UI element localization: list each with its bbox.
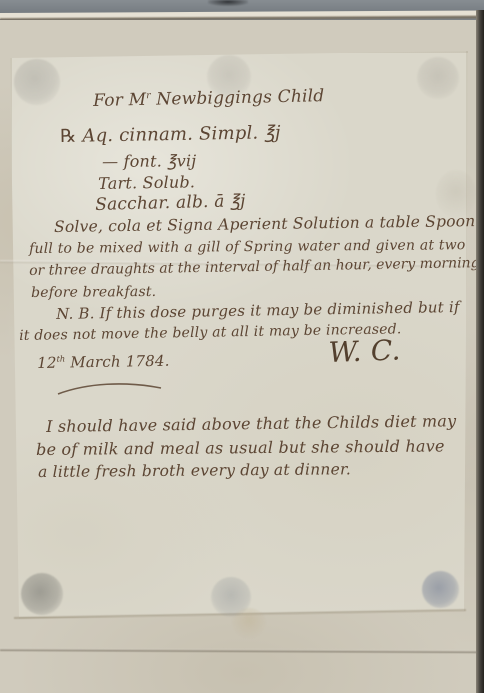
seal-ghost-right [436,170,476,218]
directions-line-4: before breakfast. [31,285,156,301]
book-gutter-edge [476,10,484,693]
postscript-line-3: a little fresh broth every day at dinner… [38,461,351,481]
date-line: 12th March 1784. [37,353,170,372]
seal-ghost-bottom-center [232,608,266,638]
seal-blot-top-left [14,59,60,105]
ink-smudge [208,0,248,6]
seal-blot-top-right [417,57,459,99]
seal-blot-bottom-right [422,571,459,608]
rx-line-sacchar-alb: Sacchar. alb. ā ℥j [95,192,246,215]
date-flourish [55,380,165,398]
rx-line-aq-cinnam: ℞ Aq. cinnam. Simpl. ℥j [60,123,281,147]
seal-blot-bottom-left [21,573,63,615]
date-day: 12 [37,354,57,372]
date-rest: March 1784. [65,352,170,372]
title-text: For M [93,90,146,111]
rx-line-aq-font: — font. ℥vij [102,152,196,170]
date-superscript: th [56,354,65,364]
signature-initials: W. C. [328,335,401,368]
rx-line-tart-solub: Tart. Solub. [98,173,195,192]
title-text-rest: Newbiggings Child [150,86,324,110]
postscript-line-2: be of milk and meal as usual but she sho… [36,437,445,458]
manuscript-photo: For Mr Newbiggings Child ℞ Aq. cinnam. S… [0,0,484,693]
